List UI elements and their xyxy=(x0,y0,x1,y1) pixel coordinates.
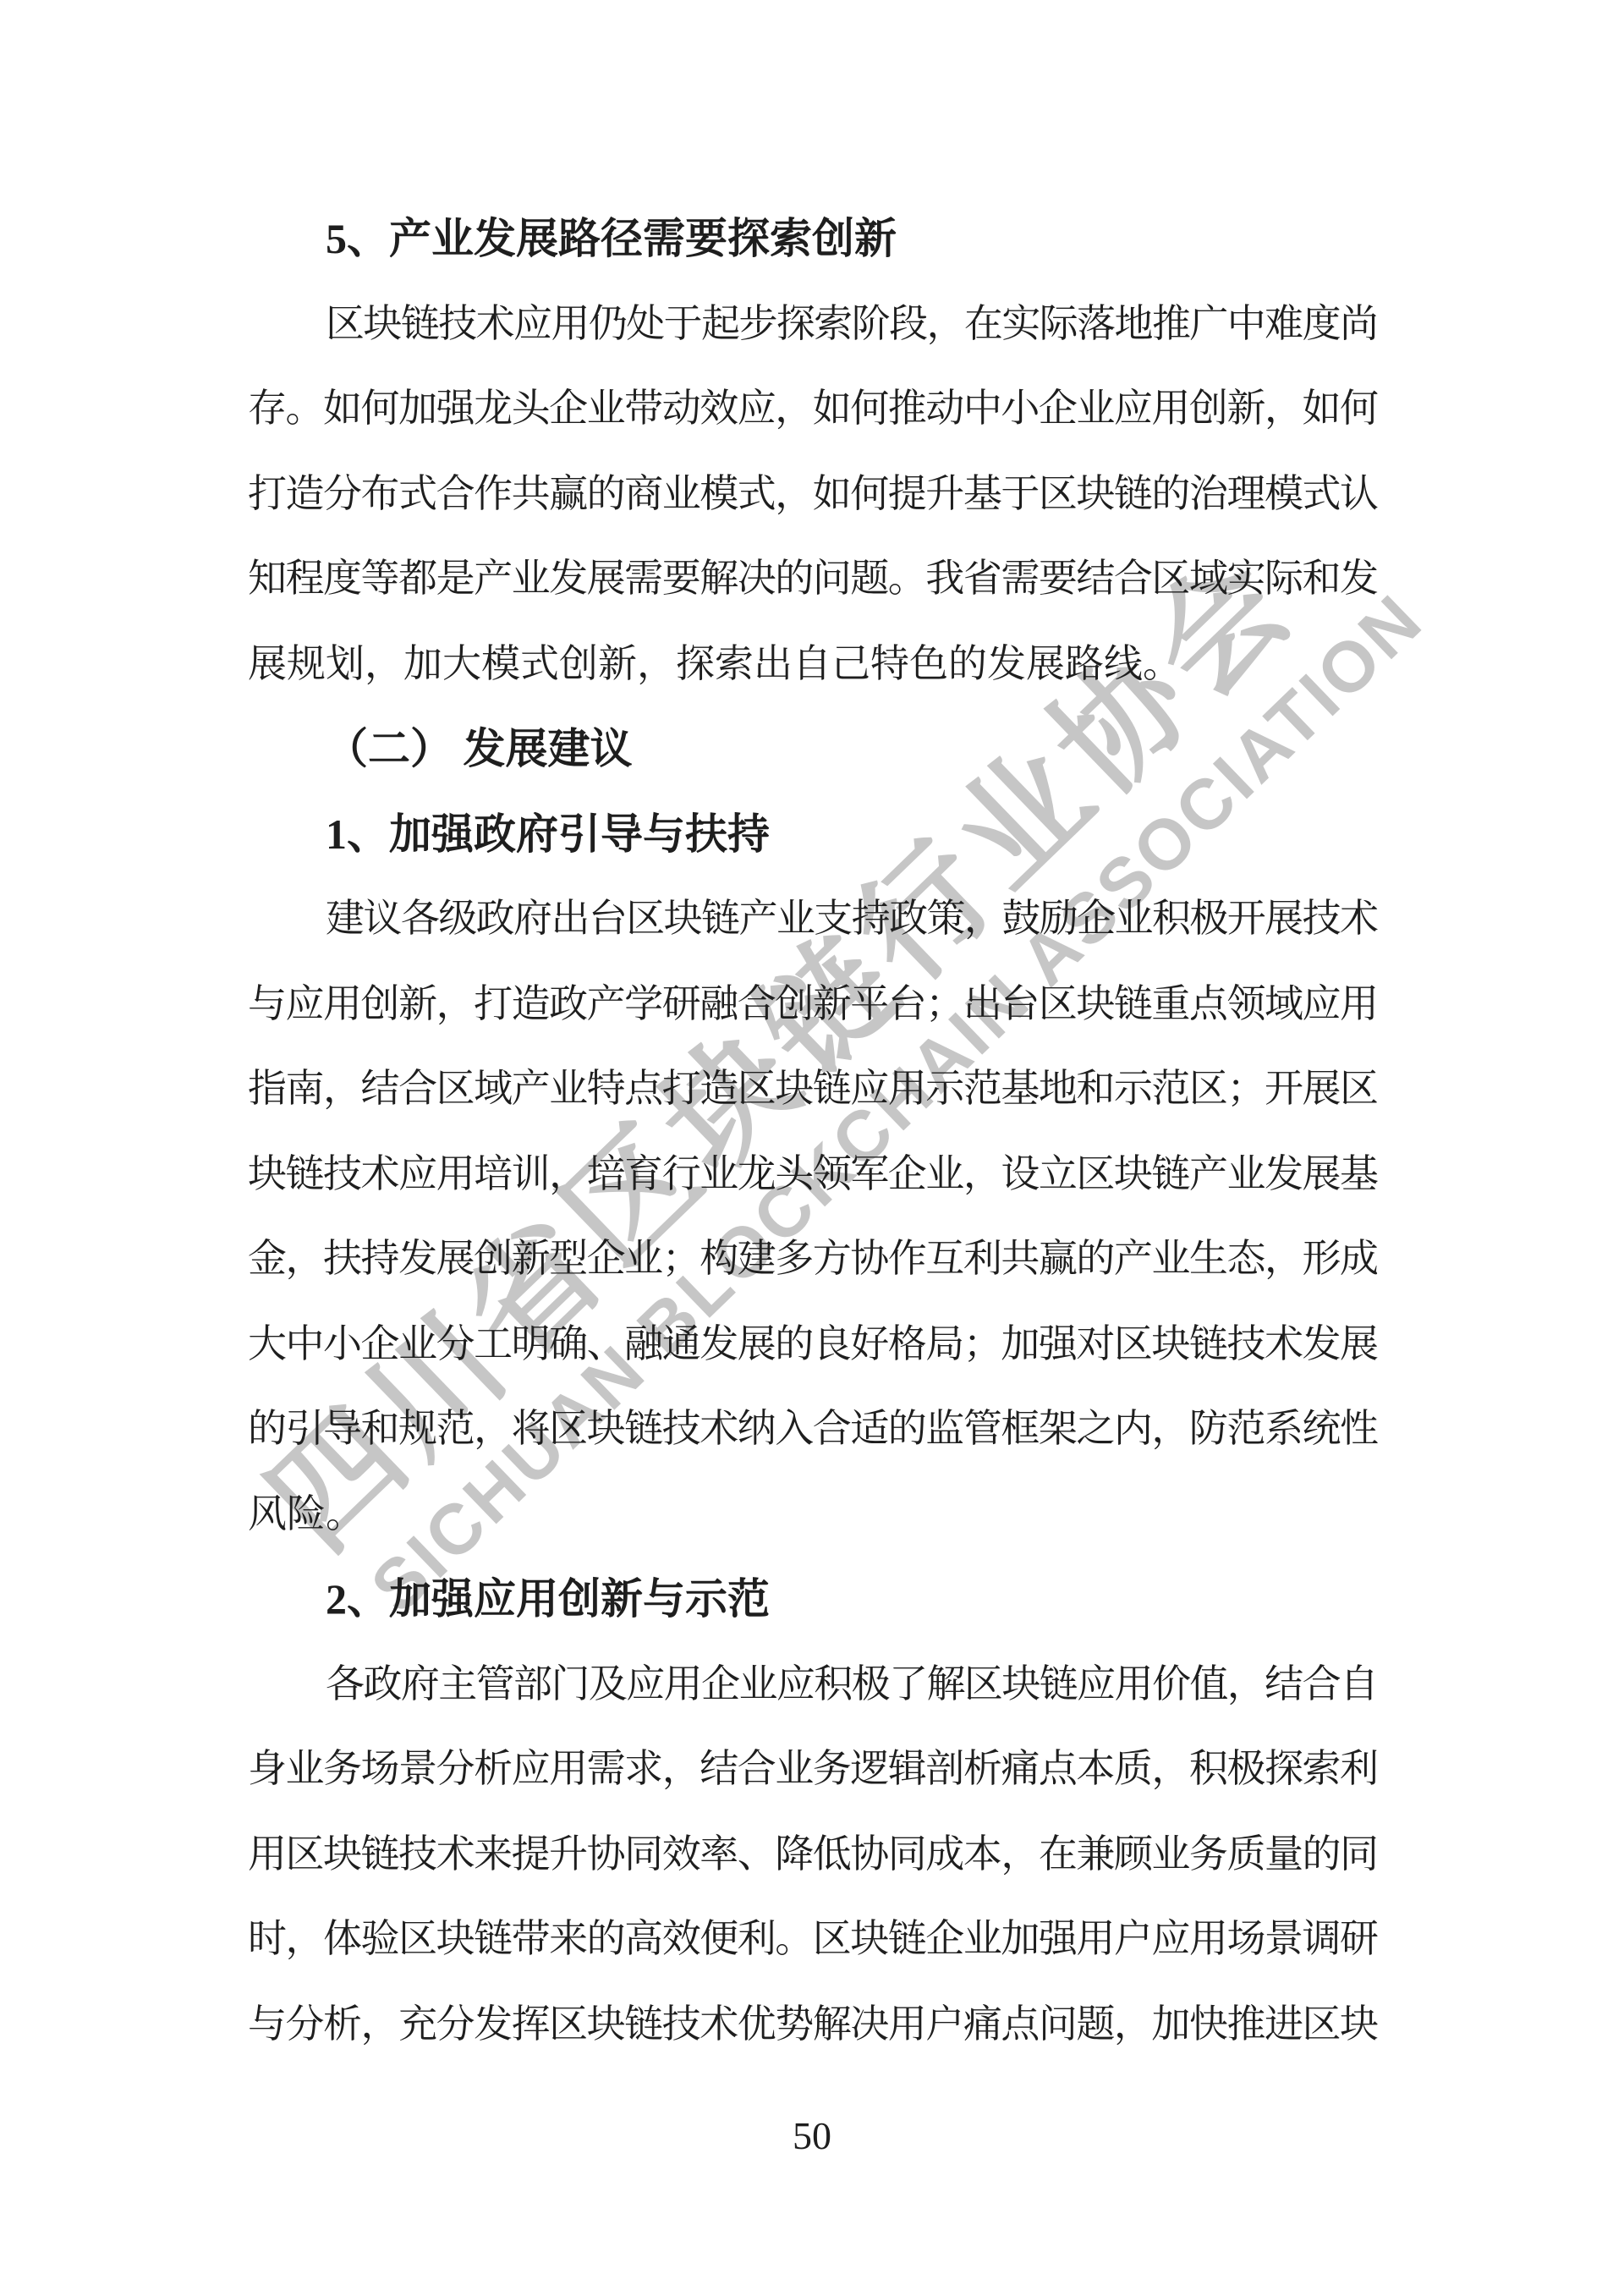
body-line: 金，扶持发展创新型企业；构建多方协作互利共赢的产业生态，形成 xyxy=(248,1217,1379,1302)
body-line: 指南，结合区域产业特点打造区块链应用示范基地和示范区；开展区 xyxy=(248,1046,1379,1132)
body-line: 块链技术应用培训，培育行业龙头领军企业，设立区块链产业发展基 xyxy=(248,1132,1379,1217)
body-line: 展规划，加大模式创新，探索出自己特色的发展路线。 xyxy=(248,622,1379,707)
body-line: 与分析，充分发挥区块链技术优势解决用户痛点问题，加快推进区块 xyxy=(248,1982,1379,2068)
heading-line: 5、产业发展路径需要探索创新 xyxy=(248,196,1379,282)
body-line: 建议各级政府出台区块链产业支持政策，鼓励企业积极开展技术 xyxy=(248,876,1379,962)
body-line: 各政府主管部门及应用企业应积极了解区块链应用价值，结合自 xyxy=(248,1642,1379,1727)
body-line: 用区块链技术来提升协同效率、降低协同成本，在兼顾业务质量的同 xyxy=(248,1812,1379,1898)
heading-line: （二） 发展建议 xyxy=(248,706,1379,792)
heading-line: 2、加强应用创新与示范 xyxy=(248,1557,1379,1642)
body-line: 区块链技术应用仍处于起步探索阶段，在实际落地推广中难度尚 xyxy=(248,282,1379,367)
body-line: 时，体验区块链带来的高效便利。区块链企业加强用户应用场景调研 xyxy=(248,1897,1379,1982)
body-line: 风险。 xyxy=(248,1472,1379,1557)
text-block: 5、产业发展路径需要探索创新区块链技术应用仍处于起步探索阶段，在实际落地推广中难… xyxy=(248,196,1379,2067)
body-line: 身业务场景分析应用需求，结合业务逻辑剖析痛点本质，积极探索利 xyxy=(248,1727,1379,1812)
body-line: 存。如何加强龙头企业带动效应，如何推动中小企业应用创新，如何 xyxy=(248,366,1379,452)
body-line: 与应用创新，打造政产学研融合创新平台；出台区块链重点领域应用 xyxy=(248,962,1379,1047)
body-line: 打造分布式合作共赢的商业模式，如何提升基于区块链的治理模式认 xyxy=(248,452,1379,537)
body-line: 知程度等都是产业发展需要解决的问题。我省需要结合区域实际和发 xyxy=(248,536,1379,622)
body-line: 大中小企业分工明确、融通发展的良好格局；加强对区块链技术发展 xyxy=(248,1302,1379,1387)
document-page: 四川省区块链行业协会 SICHUAN BLOCKCHAIN ASSOCIATIO… xyxy=(0,0,1624,2296)
page-number: 50 xyxy=(0,2115,1624,2157)
heading-line: 1、加强政府引导与扶持 xyxy=(248,792,1379,877)
body-line: 的引导和规范，将区块链技术纳入合适的监管框架之内，防范系统性 xyxy=(248,1387,1379,1472)
